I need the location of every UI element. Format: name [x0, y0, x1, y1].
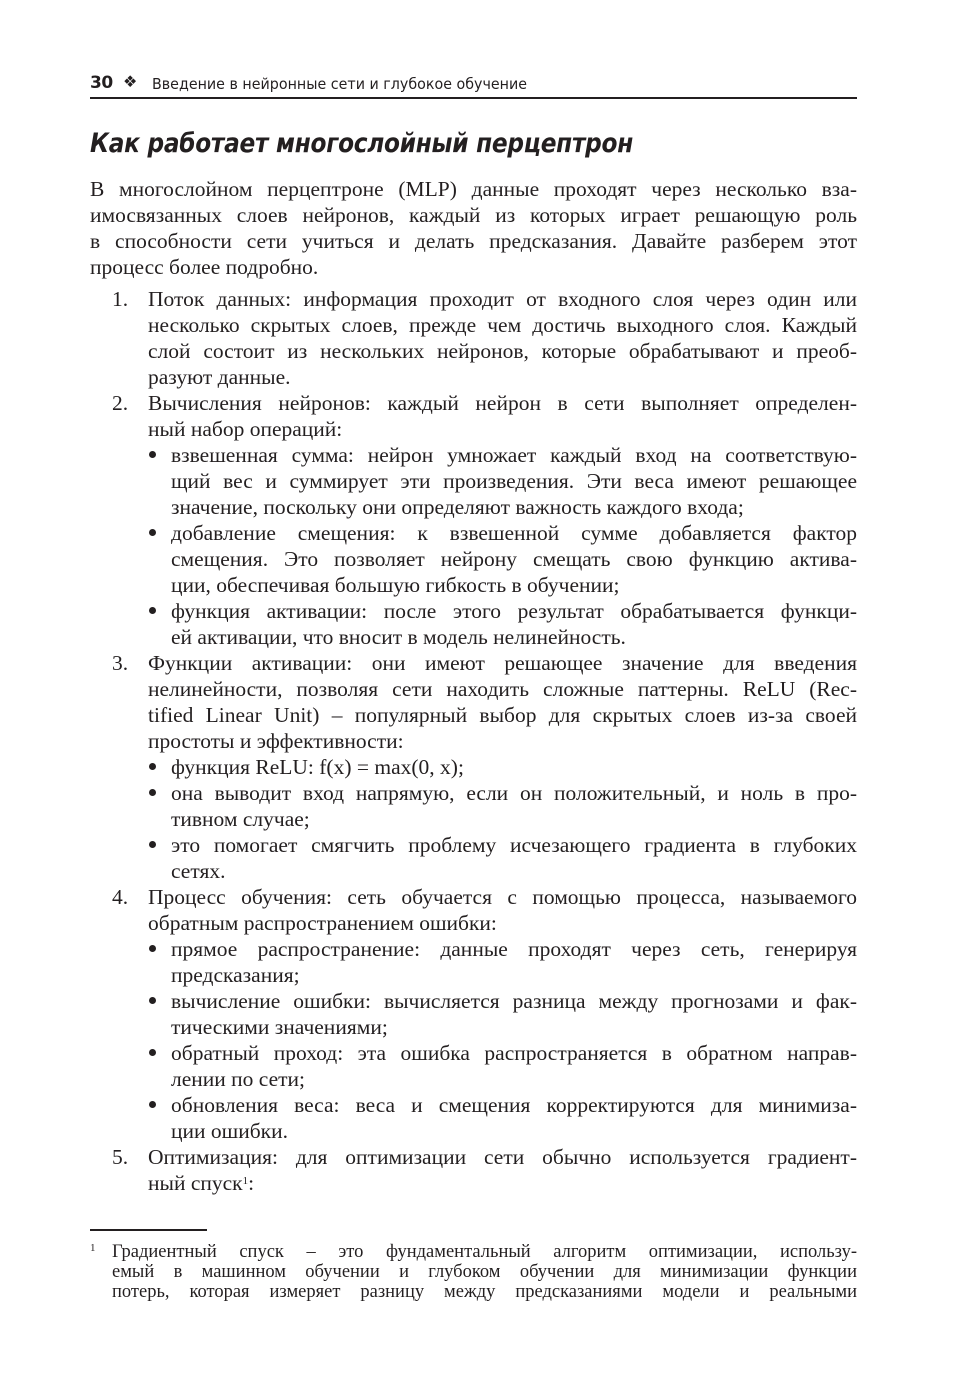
bullet-line: тическими значениями;	[171, 1014, 388, 1040]
bullet-line: ции ошибки.	[171, 1118, 288, 1144]
bullet-icon	[149, 789, 156, 796]
bullet-line: лении по сети;	[171, 1066, 305, 1092]
bullet-icon	[149, 529, 156, 536]
intro-line: процесс более подробно.	[90, 254, 318, 280]
intro-line: В многослойном перцептроне (MLP) данные …	[90, 176, 857, 202]
bullet-line: щий вес и суммирует эти произведения. Эт…	[171, 468, 857, 494]
bullet-icon	[149, 841, 156, 848]
list-item-line: несколько скрытых слоев, прежде чем дост…	[148, 312, 857, 338]
bullet-icon	[149, 607, 156, 614]
bullet-line: взвешенная сумма: нейрон умножает каждый…	[171, 442, 857, 468]
list-item-line: Вычисления нейронов: каждый нейрон в сет…	[148, 390, 857, 416]
bullet-line: предсказания;	[171, 962, 300, 988]
footnote-reference[interactable]: 1	[243, 1175, 249, 1187]
ornament-icon: ❖	[123, 72, 137, 91]
bullet-line: она выводит вход напрямую, если он полож…	[171, 780, 857, 806]
running-head: 30 ❖ Введение в нейронные сети и глубоко…	[90, 70, 857, 98]
bullet-line: это помогает смягчить проблему исчезающе…	[171, 832, 857, 858]
list-number: 3.	[112, 650, 128, 676]
bullet-icon	[149, 1049, 156, 1056]
bullet-icon	[149, 451, 156, 458]
bullet-line: ей активации, что вносит в модель нелине…	[171, 624, 626, 650]
list-item-line: простоты и эффективности:	[148, 728, 404, 754]
list-item-line: Процесс обучения: сеть обучается с помощ…	[148, 884, 857, 910]
section-heading: Как работает многослойный перцептрон	[90, 128, 633, 159]
footnote-mark: 1	[90, 1242, 96, 1254]
list-item-text: ный спуск	[148, 1171, 243, 1195]
list-number: 1.	[112, 286, 128, 312]
bullet-line: сетях.	[171, 858, 225, 884]
intro-line: имосвязанных слоев нейронов, каждый из к…	[90, 202, 857, 228]
chapter-title: Введение в нейронные сети и глубокое обу…	[152, 75, 527, 93]
list-item-line: разуют данные.	[148, 364, 291, 390]
bullet-line: вычисление ошибки: вычисляется разница м…	[171, 988, 857, 1014]
bullet-line: прямое распространение: данные проходят …	[171, 936, 857, 962]
footnote-line: Градиентный спуск – это фундаментальный …	[112, 1242, 857, 1262]
bullet-icon	[149, 763, 156, 770]
bullet-line: тивном случае;	[171, 806, 310, 832]
footnote-rule	[90, 1229, 207, 1231]
list-item-line: Поток данных: информация проходит от вхо…	[148, 286, 857, 312]
bullet-line: ции, обеспечивая большую гибкость в обуч…	[171, 572, 620, 598]
bullet-line: смещения. Это позволяет нейрону смещать …	[171, 546, 857, 572]
list-number: 5.	[112, 1144, 128, 1170]
bullet-line: обратный проход: эта ошибка распространя…	[171, 1040, 857, 1066]
footnote-line: емый в машинном обучении и глубоком обуч…	[112, 1262, 857, 1282]
bullet-line: добавление смещения: к взвешенной сумме …	[171, 520, 857, 546]
bullet-icon	[149, 945, 156, 952]
bullet-line: обновления веса: веса и смещения коррект…	[171, 1092, 857, 1118]
bullet-icon	[149, 997, 156, 1004]
list-item-line: слой состоит из нескольких нейронов, кот…	[148, 338, 857, 364]
page-number: 30	[90, 73, 113, 93]
list-item-line: tified Linear Unit) – популярный выбор д…	[148, 702, 857, 728]
intro-line: в способности сети учиться и делать пред…	[90, 228, 857, 254]
bullet-line: значение, поскольку они определяют важно…	[171, 494, 744, 520]
footnote-line: потерь, которая измеряет разницу между п…	[112, 1282, 857, 1302]
list-number: 4.	[112, 884, 128, 910]
bullet-icon	[149, 1101, 156, 1108]
header-rule	[90, 97, 857, 99]
list-item-line: Оптимизация: для оптимизации сети обычно…	[148, 1144, 857, 1170]
list-item-line: ный спуск1:	[148, 1170, 254, 1196]
bullet-line: функция ReLU: f(x) = max(0, x);	[171, 754, 464, 780]
list-item-line: ный набор операций:	[148, 416, 342, 442]
list-number: 2.	[112, 390, 128, 416]
trailing-colon: :	[248, 1171, 254, 1195]
list-item-line: нелинейности, позволяя сети находить сло…	[148, 676, 857, 702]
list-item-line: обратным распространением ошибки:	[148, 910, 497, 936]
book-page: 30 ❖ Введение в нейронные сети и глубоко…	[0, 0, 974, 1388]
list-item-line: Функции активации: они имеют решающее зн…	[148, 650, 857, 676]
bullet-line: функция активации: после этого результат…	[171, 598, 857, 624]
